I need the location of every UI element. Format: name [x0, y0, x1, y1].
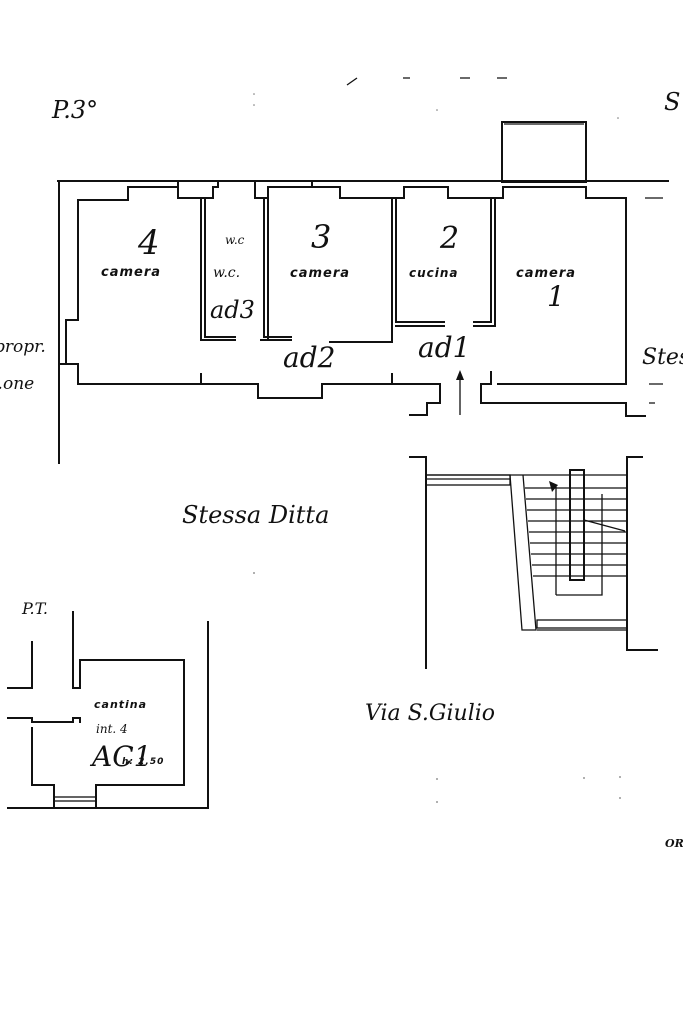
corridor-label-ad2: ad2 [283, 341, 335, 374]
room-number-1: 1 [547, 280, 565, 313]
room-number-3: 3 [311, 218, 331, 256]
cellar-height: h: 2,50 [122, 757, 164, 767]
top-smudges [253, 78, 619, 119]
floor-label-ground: P.T. [21, 599, 48, 618]
room-name-cucina: cucina [409, 266, 459, 280]
neighbour-left-line2: …one [0, 374, 34, 394]
room-name-camera-4: camera [101, 265, 161, 280]
corner-mark-bottom-right: OR [665, 837, 683, 850]
entrance-arrow-icon [456, 370, 464, 415]
stair-treads [525, 488, 627, 576]
scattered-specks [253, 572, 621, 803]
neighbour-right: Stess [642, 345, 683, 370]
room-name-wc: w.c. [213, 265, 240, 281]
neighbour-left-line1: propr. [0, 337, 46, 357]
room-name-camera-3: camera [290, 266, 350, 281]
room-code-wc: ad3 [210, 296, 255, 324]
cellar-name: cantina [94, 698, 147, 711]
cellar-note: int. 4 [96, 722, 128, 736]
balcony [502, 122, 586, 182]
top-facade-wall [58, 181, 668, 200]
room-name-camera-1: camera [516, 266, 576, 281]
street-name: Via S.Giulio [365, 701, 495, 726]
wc-note: w.c [225, 233, 245, 247]
room-number-4: 4 [137, 223, 160, 263]
floor-plan-drawing: P.3° S 4 camera w.c w.c. ad3 3 camera 2 … [0, 0, 683, 1023]
corridor-label-ad1: ad1 [418, 331, 470, 364]
floor-label-upper: P.3° [51, 96, 98, 124]
room-number-2: 2 [439, 221, 459, 256]
neighbour-below: Stessa Ditta [182, 501, 329, 529]
corner-mark-top-right: S [664, 88, 680, 116]
stairwell [410, 457, 657, 668]
